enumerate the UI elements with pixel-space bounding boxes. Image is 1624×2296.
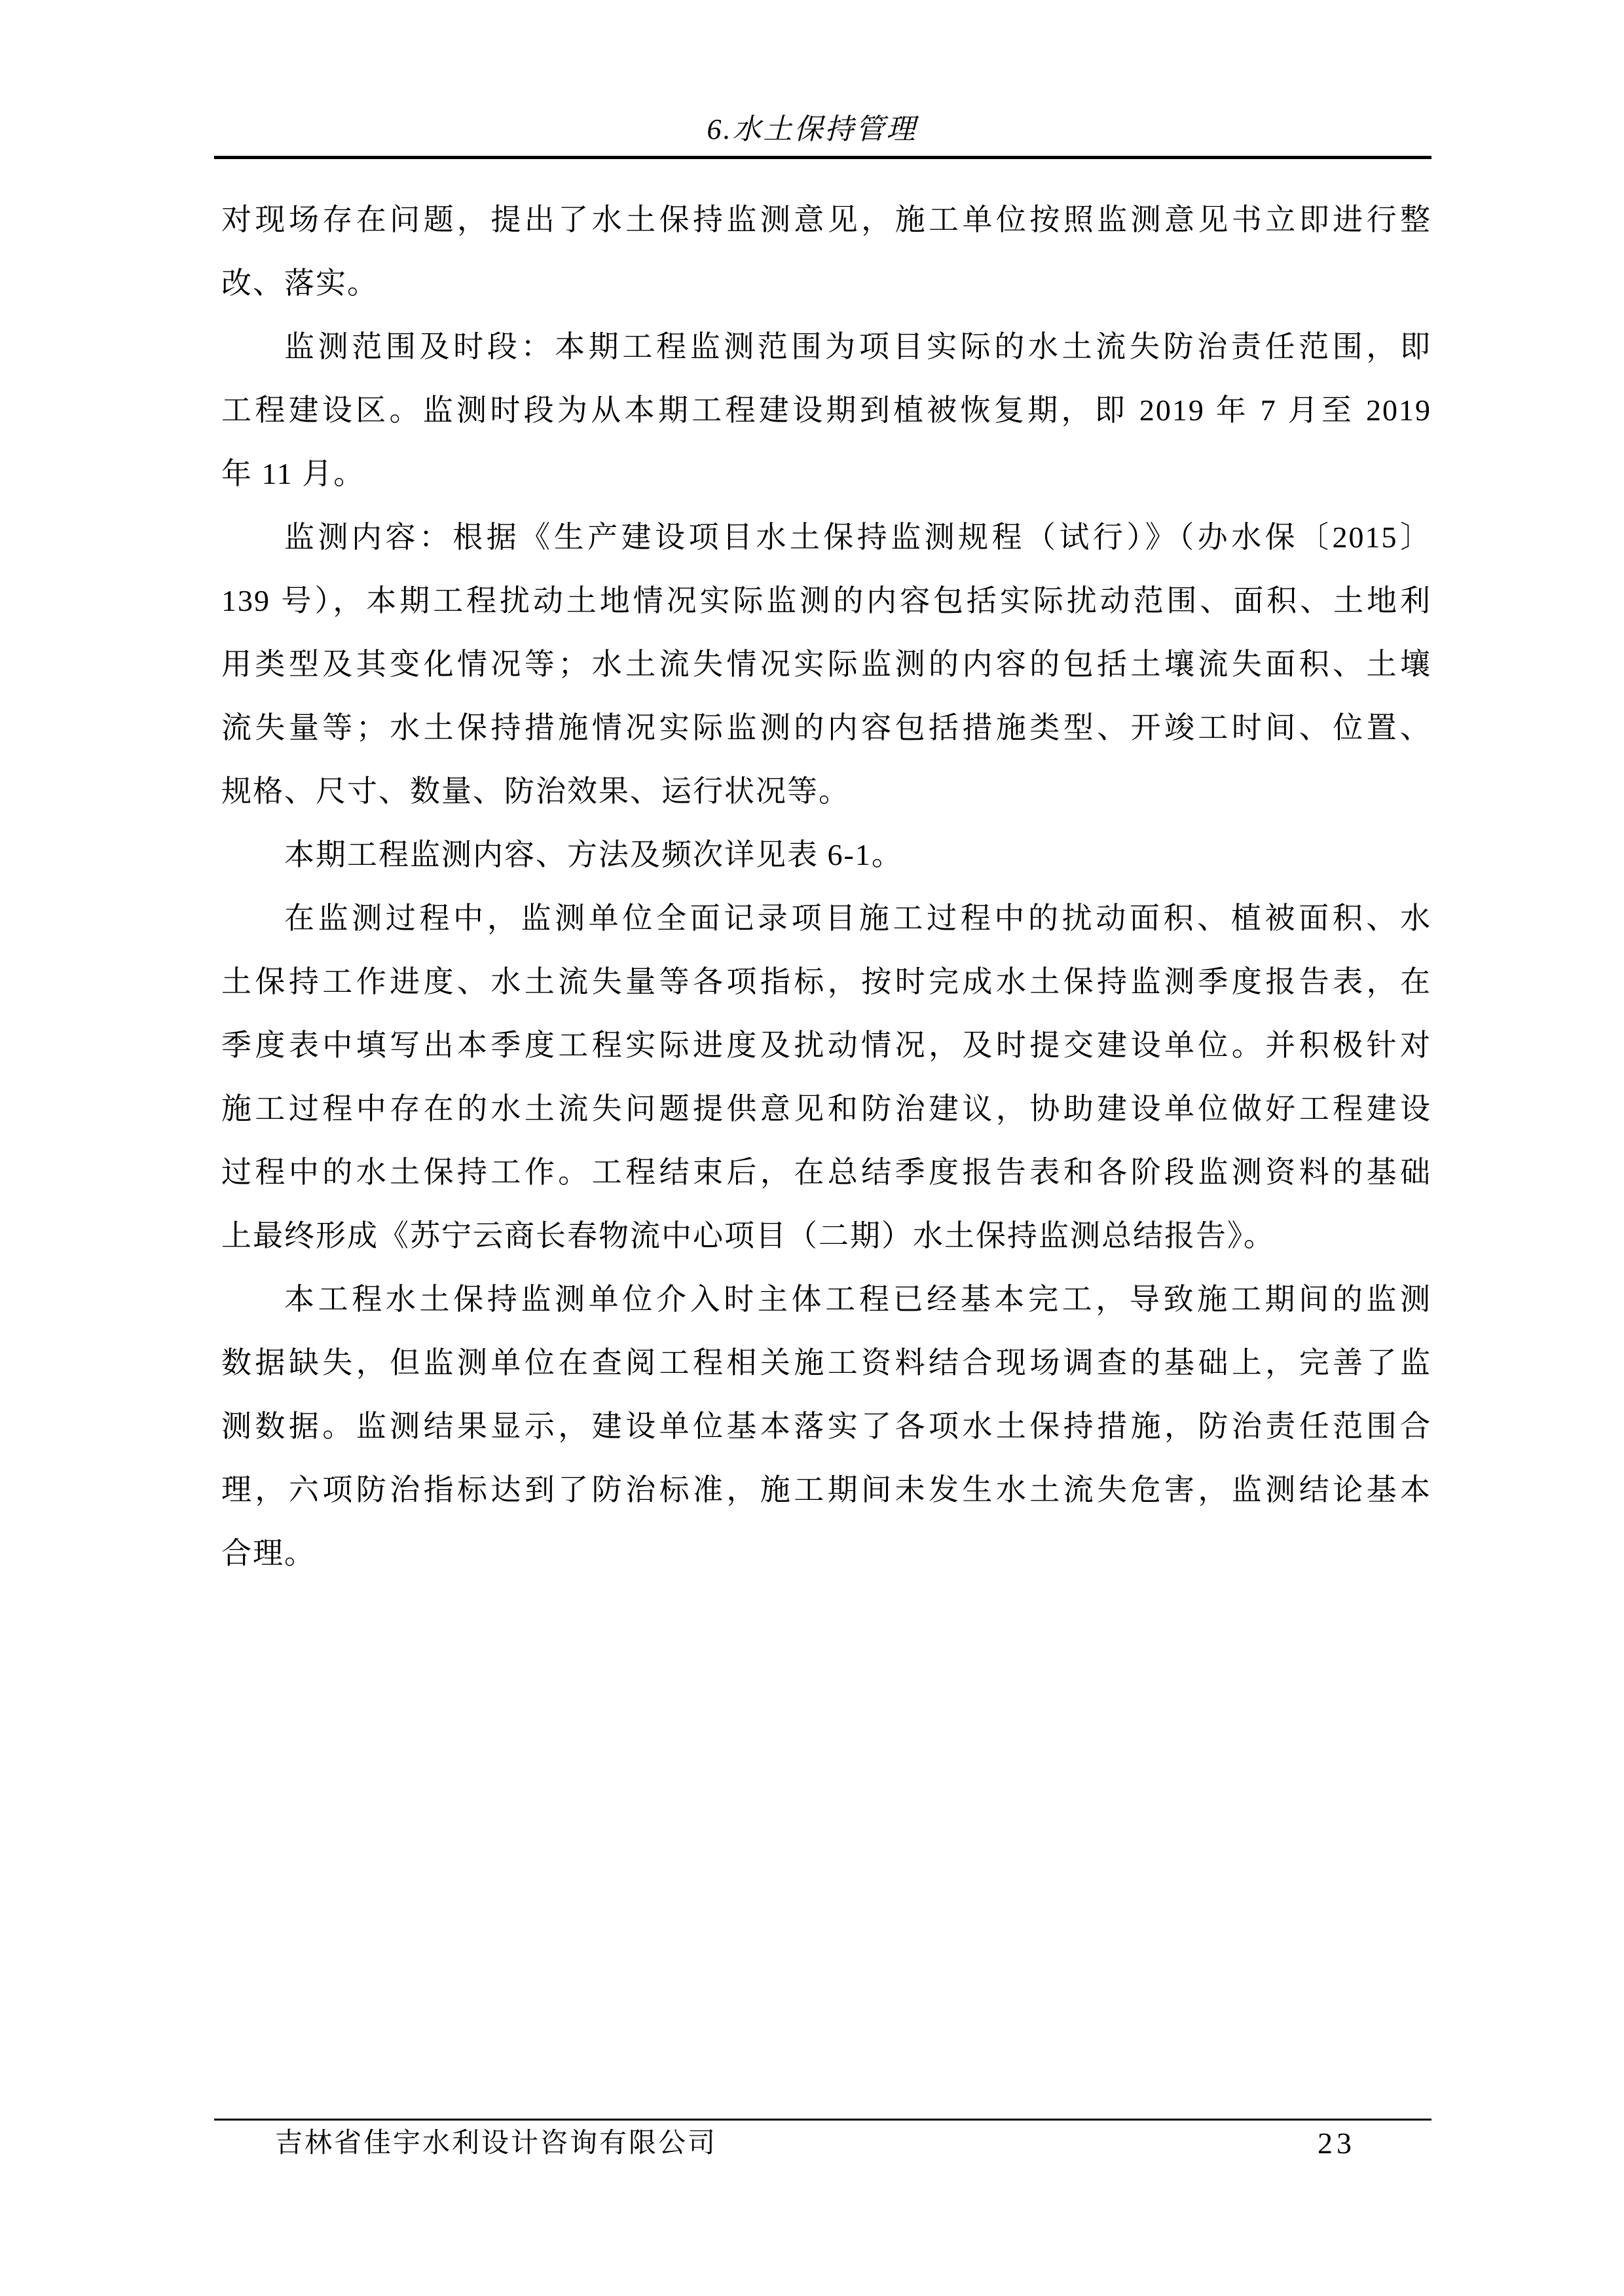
header-rule [214, 156, 1431, 159]
page-header-title: 6.水土保持管理 [0, 110, 1624, 149]
body-line: 测数据。监测结果显示，建设单位基本落实了各项水土保持措施，防治责任范围合 [221, 1394, 1431, 1458]
body-line: 本工程水土保持监测单位介入时主体工程已经基本完工，导致施工期间的监测 [221, 1267, 1431, 1331]
body-line: 年 11 月。 [221, 442, 1431, 505]
body-line: 理，六项防治指标达到了防治标准，施工期间未发生水土流失危害，监测结论基本 [221, 1458, 1431, 1522]
body-line: 监测内容：根据《生产建设项目水土保持监测规程（试行）》（办水保〔2015〕 [221, 505, 1431, 569]
page-number: 23 [1318, 2126, 1356, 2160]
body-line: 用类型及其变化情况等；水土流失情况实际监测的内容的包括土壤流失面积、土壤 [221, 632, 1431, 696]
document-body: 对现场存在问题，提出了水土保持监测意见，施工单位按照监测意见书立即进行整改、落实… [221, 188, 1431, 1585]
body-line: 对现场存在问题，提出了水土保持监测意见，施工单位按照监测意见书立即进行整 [221, 188, 1431, 251]
body-line: 139 号），本期工程扰动土地情况实际监测的内容包括实际扰动范围、面积、土地利 [221, 569, 1431, 632]
body-line: 数据缺失，但监测单位在查阅工程相关施工资料结合现场调查的基础上，完善了监 [221, 1331, 1431, 1394]
document-page: 6.水土保持管理 对现场存在问题，提出了水土保持监测意见，施工单位按照监测意见书… [0, 0, 1624, 2296]
body-line: 季度表中填写出本季度工程实际进度及扰动情况，及时提交建设单位。并积极针对 [221, 1013, 1431, 1077]
body-line: 上最终形成《苏宁云商长春物流中心项目（二期）水土保持监测总结报告》。 [221, 1204, 1431, 1267]
body-line: 过程中的水土保持工作。工程结束后，在总结季度报告表和各阶段监测资料的基础 [221, 1140, 1431, 1204]
body-line: 施工过程中存在的水土流失问题提供意见和防治建议，协助建设单位做好工程建设 [221, 1077, 1431, 1140]
footer-company-name: 吉林省佳宇水利设计咨询有限公司 [275, 2126, 717, 2160]
footer-rule [214, 2119, 1431, 2121]
body-line: 土保持工作进度、水土流失量等各项指标，按时完成水土保持监测季度报告表，在 [221, 950, 1431, 1013]
body-line: 监测范围及时段：本期工程监测范围为项目实际的水土流失防治责任范围，即 [221, 315, 1431, 378]
body-line: 规格、尺寸、数量、防治效果、运行状况等。 [221, 759, 1431, 823]
body-line: 流失量等；水土保持措施情况实际监测的内容包括措施类型、开竣工时间、位置、 [221, 696, 1431, 759]
body-line: 合理。 [221, 1522, 1431, 1585]
body-line: 工程建设区。监测时段为从本期工程建设期到植被恢复期，即 2019 年 7 月至 … [221, 378, 1431, 442]
body-line: 本期工程监测内容、方法及频次详见表 6-1。 [221, 823, 1431, 886]
body-line: 在监测过程中，监测单位全面记录项目施工过程中的扰动面积、植被面积、水 [221, 886, 1431, 950]
body-line: 改、落实。 [221, 251, 1431, 315]
